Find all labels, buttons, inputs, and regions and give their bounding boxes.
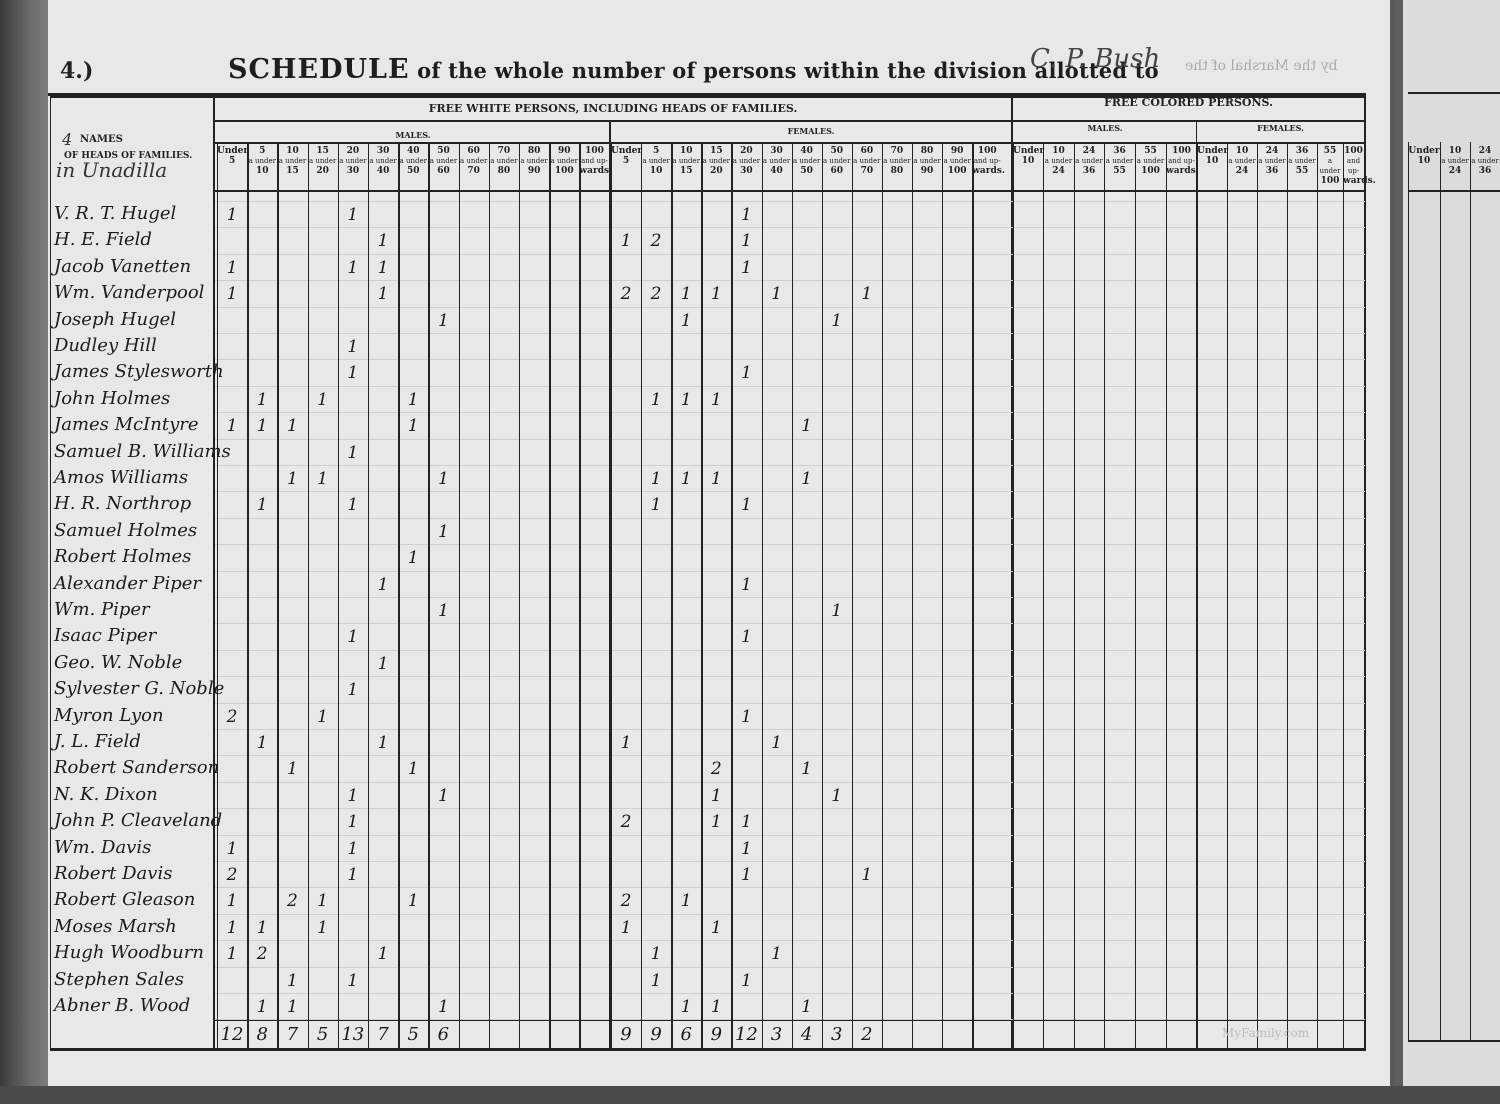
white-female-count: 1: [702, 469, 730, 489]
age-from: 60: [852, 146, 882, 156]
next-page-col-line: [1470, 142, 1471, 1040]
white-male-count: 1: [429, 469, 457, 489]
white-male-count: 1: [278, 469, 306, 489]
age-connector: and up-: [1166, 156, 1197, 166]
next-page-rule: [1408, 92, 1500, 94]
white-male-age-header: 60a under70: [459, 146, 489, 176]
white-male-col-line: [308, 142, 309, 1048]
colored-female-age-header: 55a under100: [1317, 146, 1343, 186]
head-of-family: Joseph Hugel: [54, 309, 176, 330]
age-from: 20: [731, 146, 761, 156]
white-male-count: 2: [218, 865, 246, 885]
white-female-count: 1: [793, 997, 821, 1017]
head-of-family: Wm. Vanderpool: [54, 282, 204, 303]
next-page-age-header: Under10: [1408, 146, 1440, 166]
age-to: 10: [1013, 156, 1043, 166]
bleed-through-text: by the Marshal of the: [1185, 58, 1338, 74]
colored-males-header: MALES.: [1013, 123, 1197, 133]
age-to: 40: [368, 166, 398, 176]
age-to: 10: [247, 166, 277, 176]
white-male-col-line: [519, 142, 520, 1048]
head-of-family: James McIntyre: [54, 414, 199, 435]
age-connector: a under: [701, 156, 731, 166]
age-to: wards.: [1343, 176, 1364, 186]
colored-male-col-line: [1074, 142, 1075, 1048]
white-male-age-header: 70a under80: [489, 146, 519, 176]
age-from: 80: [912, 146, 942, 156]
white-male-count: 1: [399, 891, 427, 911]
white-male-age-header: 20a under30: [338, 146, 368, 176]
white-female-count: 1: [732, 865, 760, 885]
age-from: 24: [1257, 146, 1287, 156]
free-white-header: FREE WHITE PERSONS, INCLUDING HEADS OF F…: [215, 102, 1011, 115]
white-female-count: 1: [732, 205, 760, 225]
head-of-family: Abner B. Wood: [54, 995, 190, 1016]
age-to: 5: [217, 156, 247, 166]
ruled-line: [215, 412, 1365, 413]
age-connector: a under: [549, 156, 579, 166]
white-female-count: 1: [702, 997, 730, 1017]
age-connector: a under: [942, 156, 972, 166]
ruled-line: [215, 940, 1365, 941]
white-female-count: 1: [732, 575, 760, 595]
age-connector: a under: [1287, 156, 1317, 166]
white-female-count: 1: [763, 944, 791, 964]
colored-female-col-line: [1197, 142, 1198, 1048]
age-to: 100: [1135, 166, 1166, 176]
white-male-count: 1: [399, 548, 427, 568]
white-females-header: FEMALES.: [611, 126, 1011, 136]
white-male-count: 1: [369, 284, 397, 304]
white-male-age-header: 5a under10: [247, 146, 277, 176]
age-connector: a under: [338, 156, 368, 166]
head-of-family: Geo. W. Noble: [54, 652, 182, 673]
age-to: 40: [762, 166, 792, 176]
age-to: 24: [1043, 166, 1074, 176]
white-male-col-line: [459, 142, 460, 1048]
age-to: 30: [731, 166, 761, 176]
white-female-count: 1: [732, 707, 760, 727]
age-to: 15: [671, 166, 701, 176]
white-male-count: 1: [369, 575, 397, 595]
ruled-line: [215, 597, 1365, 598]
age-connector: a under: [852, 156, 882, 166]
head-of-family: Samuel B. Williams: [54, 441, 231, 462]
age-from: Under: [1408, 146, 1440, 156]
white-female-count: 1: [672, 390, 700, 410]
ruled-line: [215, 887, 1365, 888]
age-connector: a under: [1440, 156, 1470, 166]
ruled-line: [215, 993, 1365, 994]
ruled-line: [215, 861, 1365, 862]
colored-female-col-line: [1287, 142, 1288, 1048]
white-female-age-header: Under5: [611, 146, 641, 166]
age-connector: a under: [641, 156, 671, 166]
white-female-col-line: [701, 142, 702, 1048]
age-connector: a under: [1317, 156, 1343, 176]
white-male-count: 1: [278, 759, 306, 779]
white-male-count: 1: [309, 891, 337, 911]
white-male-total: 8: [248, 1024, 276, 1045]
colored-male-col-line: [1043, 142, 1044, 1048]
head-of-family: John Holmes: [54, 388, 170, 409]
white-female-total: 3: [763, 1024, 791, 1045]
age-to: 15: [277, 166, 307, 176]
white-female-col-line: [912, 142, 913, 1048]
white-male-count: 1: [429, 522, 457, 542]
age-from: 30: [368, 146, 398, 156]
white-male-count: 1: [309, 707, 337, 727]
white-male-count: 1: [278, 416, 306, 436]
white-female-count: 1: [702, 812, 730, 832]
age-to: 24: [1227, 166, 1257, 176]
age-connector: a under: [459, 156, 489, 166]
age-connector: a under: [1470, 156, 1500, 166]
white-female-count: 1: [672, 891, 700, 911]
ruled-line: [215, 650, 1365, 651]
white-female-count: 1: [763, 284, 791, 304]
white-female-count: 1: [732, 627, 760, 647]
colored-female-col-line: [1257, 142, 1258, 1048]
head-of-family: Sylvester G. Noble: [54, 678, 224, 699]
age-to: 10: [1197, 156, 1227, 166]
white-female-col-line: [942, 142, 943, 1048]
page-shadow: [0, 1086, 1500, 1104]
age-to: wards.: [972, 166, 1002, 176]
white-male-count: 1: [309, 390, 337, 410]
white-male-count: 1: [309, 918, 337, 938]
age-to: wards.: [1166, 166, 1197, 176]
head-of-family: Robert Davis: [54, 863, 172, 884]
white-male-count: 1: [399, 390, 427, 410]
white-female-total: 9: [642, 1024, 670, 1045]
white-male-count: 1: [339, 971, 367, 991]
age-to: 36: [1470, 166, 1500, 176]
ruled-line: [215, 676, 1365, 677]
white-male-age-header: 15a under20: [308, 146, 338, 176]
white-male-age-header: Under5: [217, 146, 247, 166]
tally-number: 4: [62, 130, 72, 149]
age-to: 10: [641, 166, 671, 176]
white-male-count: 1: [369, 944, 397, 964]
head-of-family: N. K. Dixon: [54, 784, 158, 805]
ruled-line: [215, 1019, 1365, 1020]
age-from: 40: [792, 146, 822, 156]
ruled-line: [215, 703, 1365, 704]
township-name: in Unadilla: [56, 158, 167, 182]
white-female-count: 1: [763, 733, 791, 753]
white-female-count: 1: [732, 231, 760, 251]
head-of-family: Samuel Holmes: [54, 520, 197, 541]
age-from: 20: [338, 146, 368, 156]
age-connector: a under: [912, 156, 942, 166]
white-male-count: 1: [399, 759, 427, 779]
head-of-family: V. R. T. Hugel: [54, 203, 176, 224]
white-female-age-header: 5a under10: [641, 146, 671, 176]
white-female-count: 1: [732, 495, 760, 515]
white-male-count: 1: [278, 997, 306, 1017]
white-male-count: 1: [309, 469, 337, 489]
head-of-family: James Stylesworth: [54, 361, 224, 382]
head-of-family: Myron Lyon: [54, 705, 164, 726]
white-female-count: 1: [642, 495, 670, 515]
next-page-col-line: [1440, 142, 1441, 1040]
colored-male-age-header: 55a under100: [1135, 146, 1166, 176]
colored-male-age-header: 10a under24: [1043, 146, 1074, 176]
white-female-age-header: 100and up-wards.: [972, 146, 1002, 176]
age-from: 70: [489, 146, 519, 156]
age-to: 30: [338, 166, 368, 176]
names-divider: [213, 96, 215, 1048]
age-connector: and up-: [972, 156, 1002, 166]
age-from: 10: [1043, 146, 1074, 156]
ruled-line: [215, 254, 1365, 255]
white-female-col-line: [611, 142, 612, 1048]
age-from: 100: [1343, 146, 1364, 156]
next-page-header-bottom: [1408, 190, 1500, 192]
age-from: 15: [701, 146, 731, 156]
colored-female-age-header: Under10: [1197, 146, 1227, 166]
white-male-count: 1: [429, 997, 457, 1017]
head-of-family: Dudley Hill: [54, 335, 157, 356]
age-to: 100: [1317, 176, 1343, 186]
head-of-family: Wm. Davis: [54, 837, 151, 858]
white-female-count: 1: [732, 971, 760, 991]
colored-male-age-header: 24a under36: [1074, 146, 1104, 176]
age-from: 90: [942, 146, 972, 156]
white-male-count: 1: [218, 416, 246, 436]
head-of-family: Moses Marsh: [54, 916, 177, 937]
age-from: Under: [1197, 146, 1227, 156]
head-of-family: Stephen Sales: [54, 969, 184, 990]
colored-female-col-line: [1343, 142, 1344, 1048]
white-female-count: 1: [672, 284, 700, 304]
age-connector: a under: [368, 156, 398, 166]
white-male-count: 1: [339, 495, 367, 515]
white-female-col-line: [882, 142, 883, 1048]
age-connector: a under: [1227, 156, 1257, 166]
white-female-col-line: [852, 142, 853, 1048]
age-from: 100: [579, 146, 609, 156]
head-of-family: H. R. Northrop: [54, 493, 191, 514]
white-female-count: 1: [823, 311, 851, 331]
colored-male-col-line: [1166, 142, 1167, 1048]
white-male-count: 1: [218, 258, 246, 278]
white-female-count: 2: [612, 891, 640, 911]
white-female-count: 1: [672, 997, 700, 1017]
white-male-count: 1: [429, 601, 457, 621]
age-to: wards.: [579, 166, 609, 176]
white-male-count: 1: [339, 865, 367, 885]
white-female-count: 1: [732, 363, 760, 383]
colored-female-age-header: 36a under55: [1287, 146, 1317, 176]
next-page-col-line: [1408, 142, 1409, 1040]
head-of-family: H. E. Field: [54, 229, 152, 250]
age-connector: a under: [792, 156, 822, 166]
ruled-line: [215, 571, 1365, 572]
ruled-line: [215, 914, 1365, 915]
white-male-total: 12: [218, 1024, 246, 1045]
age-from: 70: [882, 146, 912, 156]
white-female-count: 1: [612, 918, 640, 938]
white-male-count: 1: [369, 733, 397, 753]
names-header: NAMES: [80, 134, 123, 145]
colored-male-age-header: 36a under55: [1104, 146, 1135, 176]
next-page-age-header: 10a under24: [1440, 146, 1470, 176]
age-to: 100: [549, 166, 579, 176]
white-female-count: 1: [672, 469, 700, 489]
white-male-age-header: 40a under50: [398, 146, 428, 176]
white-female-count: 1: [642, 971, 670, 991]
white-female-total: 3: [823, 1024, 851, 1045]
age-connector: a under: [1257, 156, 1287, 166]
colored-female-age-header: 100and up-wards.: [1343, 146, 1364, 186]
white-male-count: 1: [339, 839, 367, 859]
age-from: 36: [1287, 146, 1317, 156]
white-female-count: 2: [642, 231, 670, 251]
age-to: 100: [942, 166, 972, 176]
white-male-count: 1: [339, 627, 367, 647]
white-female-col-line: [822, 142, 823, 1048]
age-from: 15: [308, 146, 338, 156]
white-female-col-line: [762, 142, 763, 1048]
ruled-line: [215, 544, 1365, 545]
head-of-family: Robert Sanderson: [54, 757, 219, 778]
age-to: 5: [611, 156, 641, 166]
ruled-line: [215, 280, 1365, 281]
age-connector: a under: [519, 156, 549, 166]
head-of-family: Jacob Vanetten: [54, 256, 191, 277]
white-male-col-line: [428, 142, 429, 1048]
white-male-total: 5: [309, 1024, 337, 1045]
white-female-age-header: 90a under100: [942, 146, 972, 176]
white-female-count: 1: [642, 390, 670, 410]
white-male-count: 1: [339, 258, 367, 278]
white-male-count: 1: [218, 205, 246, 225]
ruled-line: [215, 518, 1365, 519]
colored-female-age-header: 10a under24: [1227, 146, 1257, 176]
age-from: 10: [671, 146, 701, 156]
white-male-age-header: 30a under40: [368, 146, 398, 176]
white-male-count: 1: [218, 918, 246, 938]
white-female-age-header: 60a under70: [852, 146, 882, 176]
white-female-count: 2: [702, 759, 730, 779]
white-female-age-header: 70a under80: [882, 146, 912, 176]
white-female-age-header: 80a under90: [912, 146, 942, 176]
white-female-count: 1: [793, 759, 821, 779]
ruled-line: [215, 359, 1365, 360]
age-from: 80: [519, 146, 549, 156]
white-female-count: 1: [642, 944, 670, 964]
age-connector: a under: [1135, 156, 1166, 166]
white-male-col-line: [338, 142, 339, 1048]
white-female-count: 2: [642, 284, 670, 304]
white-female-count: 1: [793, 416, 821, 436]
white-female-total: 9: [702, 1024, 730, 1045]
white-female-age-header: 40a under50: [792, 146, 822, 176]
white-male-total: 5: [399, 1024, 427, 1045]
age-from: 5: [247, 146, 277, 156]
age-from: 100: [1166, 146, 1197, 156]
age-from: 10: [1440, 146, 1470, 156]
colored-male-col-line: [1013, 142, 1014, 1048]
title-lead: SCHEDULE: [228, 54, 410, 85]
white-female-col-line: [731, 142, 732, 1048]
age-from: 50: [822, 146, 852, 156]
white-male-count: 1: [218, 839, 246, 859]
age-to: 70: [459, 166, 489, 176]
white-male-count: 1: [278, 971, 306, 991]
white-male-count: 1: [369, 258, 397, 278]
ruled-line: [215, 729, 1365, 730]
white-male-col-line: [368, 142, 369, 1048]
white-male-count: 2: [278, 891, 306, 911]
age-to: 70: [852, 166, 882, 176]
white-male-age-header: 90a under100: [549, 146, 579, 176]
white-female-count: 2: [612, 812, 640, 832]
white-male-count: 1: [248, 390, 276, 410]
head-of-family: Amos Williams: [54, 467, 188, 488]
white-female-total: 2: [853, 1024, 881, 1045]
age-from: 24: [1470, 146, 1500, 156]
age-to: 55: [1104, 166, 1135, 176]
colored-male-col-line: [1135, 142, 1136, 1048]
page-title: SCHEDULE of the whole number of persons …: [228, 54, 1159, 85]
colored-male-col-line: [1104, 142, 1105, 1048]
white-male-count: 1: [218, 944, 246, 964]
white-male-col-line: [217, 142, 218, 1048]
age-from: 55: [1135, 146, 1166, 156]
white-male-count: 1: [369, 654, 397, 674]
white-female-count: 1: [853, 865, 881, 885]
ruled-line: [215, 808, 1365, 809]
age-from: 90: [549, 146, 579, 156]
age-to: 36: [1074, 166, 1104, 176]
age-from: 100: [972, 146, 1002, 156]
head-of-family: Robert Gleason: [54, 889, 195, 910]
white-female-count: 2: [612, 284, 640, 304]
marshal-signature: C. P. Bush: [1030, 44, 1160, 74]
white-male-age-header: 10a under15: [277, 146, 307, 176]
age-connector: a under: [247, 156, 277, 166]
age-connector: a under: [762, 156, 792, 166]
colored-females-header: FEMALES.: [1197, 123, 1364, 133]
white-male-total: 7: [369, 1024, 397, 1045]
white-female-total: 12: [732, 1024, 760, 1045]
age-connector: a under: [882, 156, 912, 166]
white-female-count: 1: [612, 733, 640, 753]
white-male-count: 2: [248, 944, 276, 964]
white-male-col-line: [398, 142, 399, 1048]
age-from: 50: [428, 146, 458, 156]
white-male-age-header: 80a under90: [519, 146, 549, 176]
white-female-count: 1: [612, 231, 640, 251]
age-connector: a under: [1104, 156, 1135, 166]
next-page-bottom: [1408, 1040, 1500, 1042]
head-of-family: Isaac Piper: [54, 625, 156, 646]
white-male-count: 1: [429, 311, 457, 331]
age-to: 80: [489, 166, 519, 176]
age-connector: and up-: [1343, 156, 1364, 176]
white-female-count: 1: [732, 812, 760, 832]
age-to: 20: [308, 166, 338, 176]
age-connector: a under: [428, 156, 458, 166]
colored-male-age-header: Under10: [1013, 146, 1043, 166]
age-to: 20: [701, 166, 731, 176]
white-female-count: 1: [672, 311, 700, 331]
white-female-count: 1: [642, 469, 670, 489]
age-to: 55: [1287, 166, 1317, 176]
